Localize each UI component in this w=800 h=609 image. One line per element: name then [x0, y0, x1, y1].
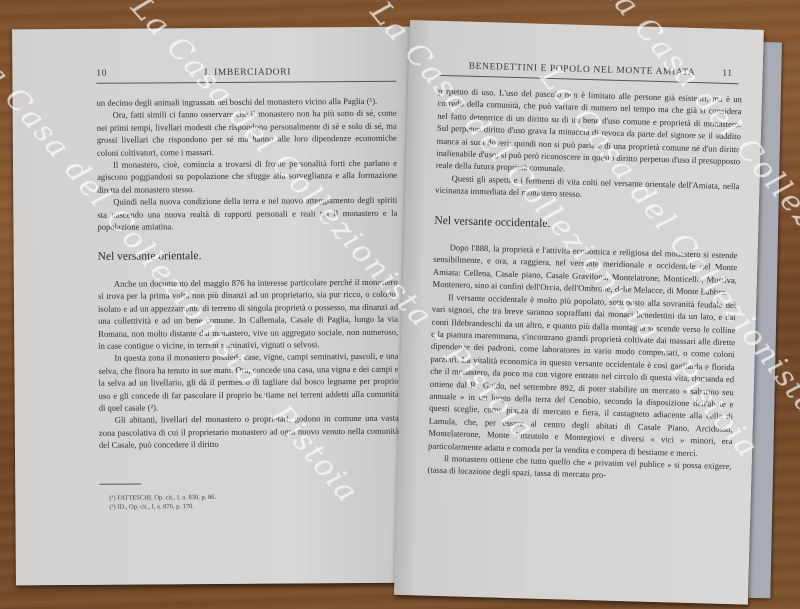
paragraph: In questa zona il monastero possiede cas… — [98, 350, 398, 414]
paragraph: Dopo l'888, la proprietà e l'attività ec… — [432, 241, 737, 299]
paragraph: perpetuo di uso. L'uso del pascolo non è… — [436, 85, 742, 180]
running-head-title: I. IMBERCIADORI — [204, 67, 291, 78]
page-number: 11 — [722, 69, 733, 79]
paragraph: Anche un documento del maggio 876 ha int… — [98, 276, 399, 353]
right-page-body: perpetuo di uso. L'uso del pascolo non è… — [427, 85, 742, 485]
left-page: 10 I. IMBERCIADORI . un decimo degli ani… — [12, 27, 414, 586]
running-head-right: BENEDETTINI E POPOLO NEL MONTE AMIATA 11… — [438, 61, 738, 84]
section-heading: Nel versante orientale. — [98, 249, 398, 264]
left-page-body: un decimo degli animali ingrassati nei b… — [97, 95, 399, 452]
running-head-left: 10 I. IMBERCIADORI . — [96, 67, 396, 84]
paragraph: Il monastero, cioè, comincia a trovarsi … — [97, 157, 397, 196]
right-page: BENEDETTINI E POPOLO NEL MONTE AMIATA 11… — [394, 20, 764, 605]
paragraph: Gli abitanti, livellari del monastero o … — [99, 412, 399, 451]
paragraph: Il versante occidentale è molto più popo… — [428, 290, 736, 460]
paragraph: Ora, fatti simili ci fanno osservare che… — [97, 107, 397, 159]
running-head-title: BENEDETTINI E POPOLO NEL MONTE AMIATA — [469, 62, 696, 78]
footnote-rule — [99, 484, 141, 485]
section-heading: Nel versante occidentale. — [434, 214, 738, 235]
footnotes: (¹) FATTESCHI, Op. cit., I, a. 830, p. 8… — [99, 482, 299, 511]
page-number: 10 — [96, 69, 107, 79]
paragraph: Quindi nella nuova condizione della terr… — [97, 194, 397, 233]
footnote: (²) ID., Op. cit., I, a. 876, p. 170. — [99, 501, 299, 511]
